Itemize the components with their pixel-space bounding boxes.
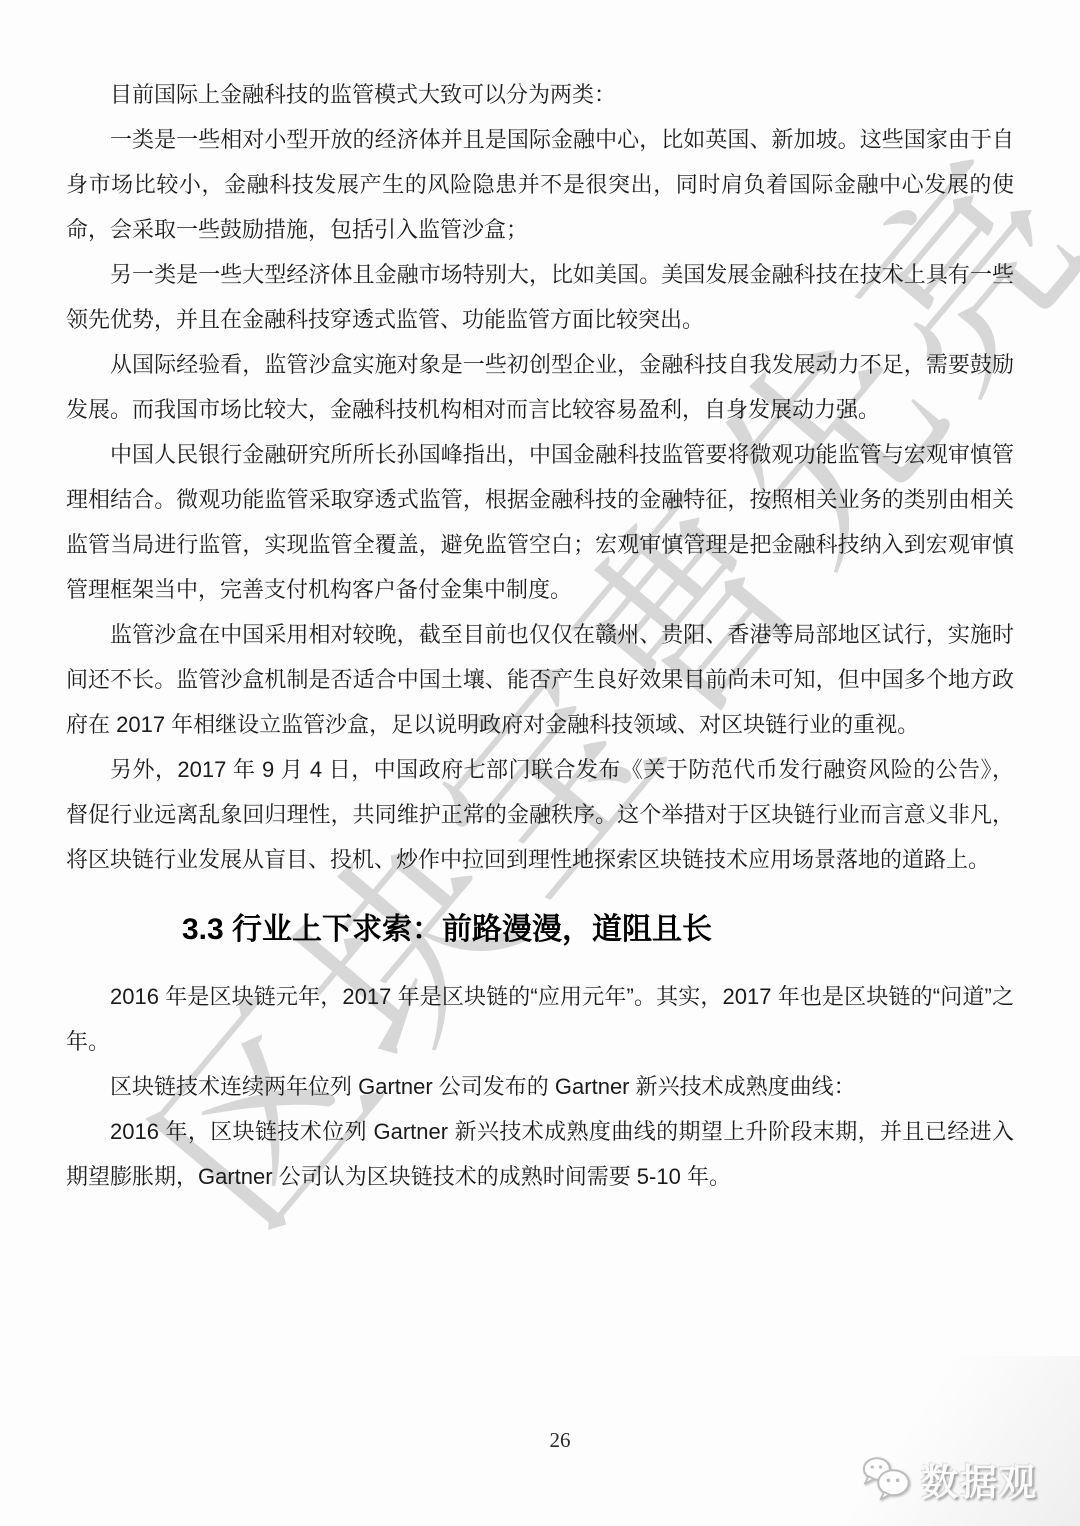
wechat-icon (859, 1455, 915, 1503)
page-content: 目前国际上金融科技的监管模式大致可以分为两类： 一类是一些相对小型开放的经济体并… (66, 72, 1014, 1199)
paragraph: 一类是一些相对小型开放的经济体并且是国际金融中心，比如英国、新加坡。这些国家由于… (66, 117, 1014, 252)
section-heading: 3.3 行业上下求索：前路漫漫，道阻且长 (182, 910, 1014, 950)
paragraph: 区块链技术连续两年位列 Gartner 公司发布的 Gartner 新兴技术成熟… (66, 1064, 1014, 1109)
paragraph: 另一类是一些大型经济体且金融市场特别大，比如美国。美国发展金融科技在技术上具有一… (66, 252, 1014, 342)
paragraph: 目前国际上金融科技的监管模式大致可以分为两类： (66, 72, 1014, 117)
page-number: 26 (40, 1428, 1080, 1453)
footer-logo-text: 数据观 (921, 1452, 1038, 1506)
footer-logo: 数据观 (859, 1452, 1038, 1506)
document-page: 区块宝曹先亮 目前国际上金融科技的监管模式大致可以分为两类： 一类是一些相对小型… (0, 0, 1080, 1526)
paragraph: 2016 年，区块链技术位列 Gartner 新兴技术成熟度曲线的期望上升阶段末… (66, 1109, 1014, 1199)
paragraph: 从国际经验看，监管沙盒实施对象是一些初创型企业，金融科技自我发展动力不足，需要鼓… (66, 342, 1014, 432)
paragraph: 另外，2017 年 9 月 4 日，中国政府七部门联合发布《关于防范代币发行融资… (66, 747, 1014, 882)
paragraph: 中国人民银行金融研究所所长孙国峰指出，中国金融科技监管要将微观功能监管与宏观审慎… (66, 432, 1014, 612)
paragraph: 监管沙盒在中国采用相对较晚，截至目前也仅仅在赣州、贵阳、香港等局部地区试行，实施… (66, 612, 1014, 747)
paragraph: 2016 年是区块链元年，2017 年是区块链的“应用元年”。其实，2017 年… (66, 974, 1014, 1064)
